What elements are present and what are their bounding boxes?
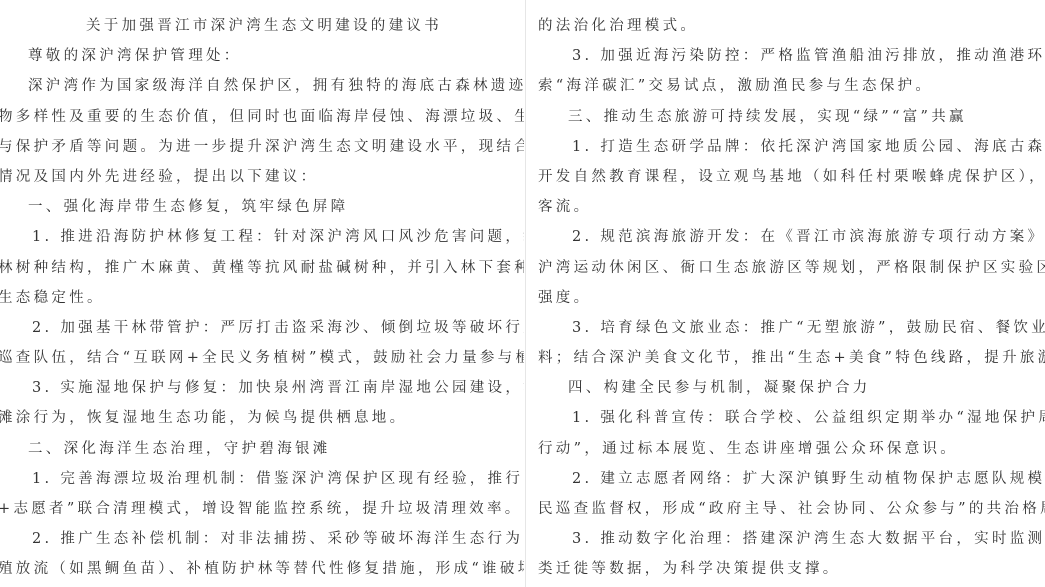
document-title: 关于加强晋江市深沪湾生态文明建设的建议书 xyxy=(0,11,524,41)
section-heading: 三、推动生态旅游可持续发展，实现“绿”“富”共赢 xyxy=(538,102,1045,132)
paragraph-line: 与保护矛盾等问题。为进一步提升深沪湾生态文明建设水平，现结合深沪湾实际 xyxy=(0,132,524,162)
paragraph-line: 巡查队伍，结合“互联网+全民义务植树”模式，鼓励社会力量参与植树护林。 xyxy=(0,343,524,373)
paragraph-line: 行动”，通过标本展览、生态讲座增强公众环保意识。 xyxy=(538,434,1045,464)
paragraph-line: 强度。 xyxy=(538,283,1045,313)
paragraph-line: 沪湾运动休闲区、衙口生态旅游区等规划，严格限制保护区实验区内的商业开发 xyxy=(538,253,1045,283)
paragraph-line: 的法治化治理模式。 xyxy=(538,11,1045,41)
document-page-right: 的法治化治理模式。 3. 加强近海污染防控：严格监管渔船油污排放，推动渔港环保设… xyxy=(525,0,1045,587)
paragraph-line: 滩涂行为，恢复湿地生态功能，为候鸟提供栖息地。 xyxy=(0,403,524,433)
paragraph-line: 情况及国内外先进经验，提出以下建议： xyxy=(0,162,524,192)
paragraph-line: 生态稳定性。 xyxy=(0,283,524,313)
paragraph-line: 民巡查监督权，形成“政府主导、社会协同、公众参与”的共治格局。 xyxy=(538,494,1045,524)
paragraph-line: 3. 培育绿色文旅业态：推广“无塑旅游”，鼓励民宿、餐饮业使用可降解材 xyxy=(538,313,1045,343)
paragraph-line: 1. 完善海漂垃圾治理机制：借鉴深沪湾保护区现有经验，推行“政府+企业 xyxy=(0,464,524,494)
salutation: 尊敬的深沪湾保护管理处： xyxy=(0,41,524,71)
paragraph-line: 2. 建立志愿者网络：扩大深沪镇野生动植物保护志愿队规模，赋予村民、渔 xyxy=(538,464,1045,494)
paragraph-line: 3. 加强近海污染防控：严格监管渔船油污排放，推动渔港环保设施升级，探 xyxy=(538,41,1045,71)
paragraph-line: 林树种结构，推广木麻黄、黄槿等抗风耐盐碱树种，并引入林下套种模式，增强 xyxy=(0,253,524,283)
paragraph-line: 3. 实施湿地保护与修复：加快泉州湾晋江南岸湿地公园建设，清理非法占用 xyxy=(0,373,524,403)
paragraph-line: 料；结合深沪美食文化节，推出“生态+美食”特色线路，提升旅游附加值。 xyxy=(538,343,1045,373)
paragraph-line: 2. 推广生态补偿机制：对非法捕捞、采砂等破坏海洋生态行为，强制实施增 xyxy=(0,524,524,554)
paragraph-line: 类迁徙等数据，为科学决策提供支撑。 xyxy=(538,554,1045,584)
page-content: 关于加强晋江市深沪湾生态文明建设的建议书 尊敬的深沪湾保护管理处： 深沪湾作为国… xyxy=(0,11,524,585)
paragraph-line: 开发自然教育课程，设立观鸟基地（如科任村栗喉蜂虎保护区），吸引生态旅游 xyxy=(538,162,1045,192)
paragraph-line: 索“海洋碳汇”交易试点，激励渔民参与生态保护。 xyxy=(538,71,1045,101)
section-heading: 一、强化海岸带生态修复，筑牢绿色屏障 xyxy=(0,192,524,222)
section-heading: 二、深化海洋生态治理，守护碧海银滩 xyxy=(0,434,524,464)
paragraph-line: 3. 推动数字化治理：搭建深沪湾生态大数据平台，实时监测海岸线变化、鸟 xyxy=(538,524,1045,554)
page-content: 的法治化治理模式。 3. 加强近海污染防控：严格监管渔船油污排放，推动渔港环保设… xyxy=(538,11,1045,585)
paragraph-line: 1. 打造生态研学品牌：依托深沪湾国家地质公园、海底古森林遗迹等资源， xyxy=(538,132,1045,162)
paragraph-line: 深沪湾作为国家级海洋自然保护区，拥有独特的海底古森林遗迹、丰富的生 xyxy=(0,71,524,101)
paragraph-line: +志愿者”联合清理模式，增设智能监控系统，提升垃圾清理效率。 xyxy=(0,494,524,524)
paragraph-line: 1. 强化科普宣传：联合学校、公益组织定期举办“湿地保护周”“爱鸟护鸟 xyxy=(538,403,1045,433)
section-heading: 四、构建全民参与机制，凝聚保护合力 xyxy=(538,373,1045,403)
paragraph-line: 殖放流（如黑鲷鱼苗）、补植防护林等替代性修复措施，形成“谁破坏、谁修复” xyxy=(0,554,524,584)
paragraph-line: 2. 规范滨海旅游开发：在《晋江市滨海旅游专项行动方案》框架下，优化深 xyxy=(538,222,1045,252)
paragraph-line: 2. 加强基干林带管护：严厉打击盗采海沙、倾倒垃圾等破坏行为，设立生态 xyxy=(0,313,524,343)
paragraph-line: 1. 推进沿海防护林修复工程：针对深沪湾风口风沙危害问题，继续优化防护 xyxy=(0,222,524,252)
paragraph-line: 客流。 xyxy=(538,192,1045,222)
document-page-left: 关于加强晋江市深沪湾生态文明建设的建议书 尊敬的深沪湾保护管理处： 深沪湾作为国… xyxy=(0,0,524,587)
paragraph-line: 物多样性及重要的生态价值，但同时也面临海岸侵蚀、海漂垃圾、生态旅游开发 xyxy=(0,102,524,132)
